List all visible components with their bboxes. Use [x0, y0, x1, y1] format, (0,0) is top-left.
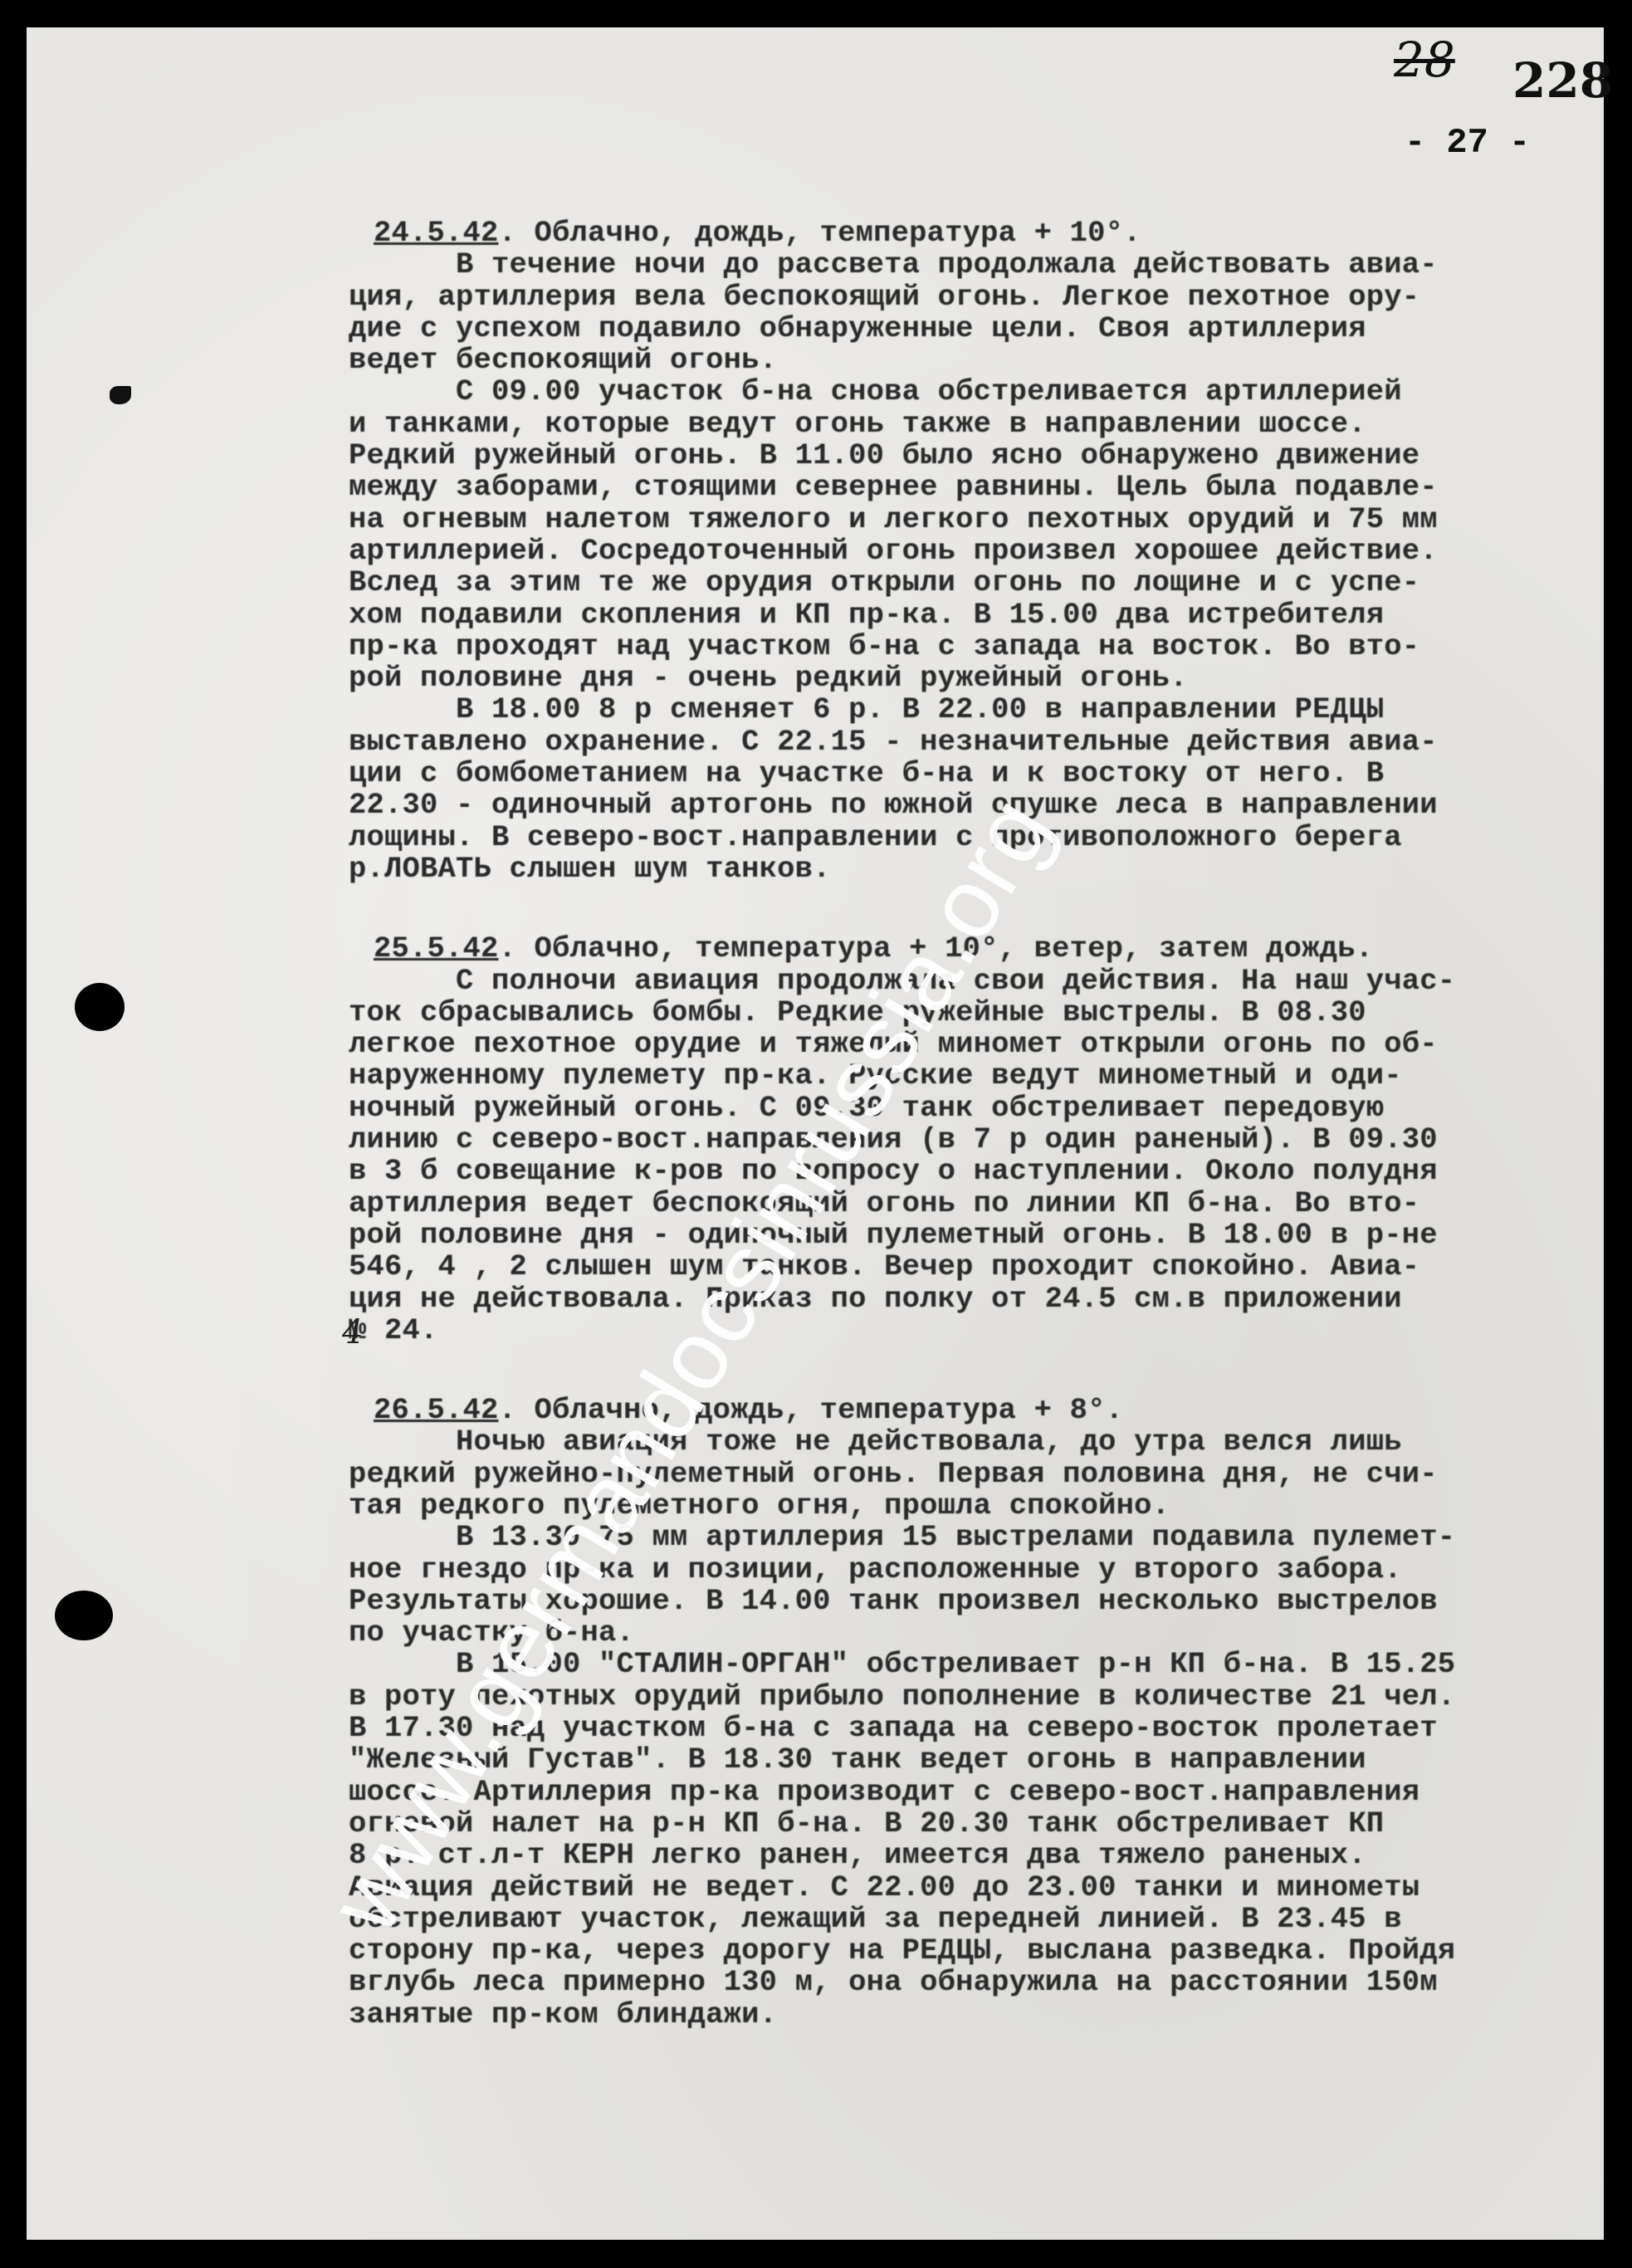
text-line: хом подавили скопления и КП пр-ка. В 15.…	[349, 599, 1602, 631]
text-line: С 09.00 участок б-на снова обстреливаетс…	[349, 376, 1602, 408]
archive-page-number-struck: 28	[1394, 32, 1455, 88]
text-line: на огневым налетом тяжелого и легкого пе…	[349, 504, 1602, 535]
entry-date: 24.5.42	[374, 216, 499, 250]
text-line: сторону пр-ка, через дорогу на РЕДЦЫ, вы…	[349, 1935, 1602, 1967]
archive-page-number: 228	[1512, 52, 1613, 109]
text-line: ция, артиллерия вела беспокоящий огонь. …	[349, 281, 1602, 313]
text-line: ция не действовала. Приказ по полку от 2…	[349, 1283, 1602, 1315]
text-line: № 24.	[349, 1315, 1602, 1347]
text-line: "Железный Густав". В 18.30 танк ведет ог…	[349, 1744, 1602, 1776]
handwritten-margin-mark: 4	[342, 1313, 363, 1352]
text-line: легкое пехотное орудие и тяжелый миномет…	[349, 1029, 1602, 1060]
text-line: линию с северо-вост.направления (в 7 р о…	[349, 1124, 1602, 1156]
text-line: В течение ночи до рассвета продолжала де…	[349, 249, 1602, 281]
entry-weather: . Облачно, дождь, температура + 10°.	[499, 216, 1141, 250]
text-line: Вслед за этим те же орудия открыли огонь…	[349, 567, 1602, 599]
war-diary-text: 24.5.42. Облачно, дождь, температура + 1…	[349, 218, 1602, 2079]
text-line: артиллерия ведет беспокоящий огонь по ли…	[349, 1188, 1602, 1220]
text-line: 8 р. ст.л-т КЕРН легко ранен, имеется дв…	[349, 1840, 1602, 1871]
text-line: Редкий ружейный огонь. В 11.00 было ясно…	[349, 440, 1602, 472]
text-line: ведет беспокоящий огонь.	[349, 345, 1602, 376]
text-line: и танками, которые ведут огонь также в н…	[349, 408, 1602, 440]
entry-heading: 26.5.42. Облачно, дождь, температура + 8…	[349, 1395, 1602, 1426]
text-line: редкий ружейно-пулеметный огонь. Первая …	[349, 1459, 1602, 1490]
typed-page-number: - 27 -	[1405, 123, 1530, 163]
text-line: артиллерией. Сосредоточенный огонь произ…	[349, 535, 1602, 567]
text-line: Ночью авиация тоже не действовала, до ут…	[349, 1426, 1602, 1458]
text-line: дие с успехом подавило обнаруженные цели…	[349, 313, 1602, 345]
text-line: занятые пр-ком блиндажи.	[349, 1999, 1602, 2031]
text-line: 546, 4 , 2 слышен шум танков. Вечер прох…	[349, 1251, 1602, 1283]
text-line: В 18.00 8 р сменяет 6 р. В 22.00 в напра…	[349, 694, 1602, 726]
text-line: в 3 б совещание к-ров по вопросу о насту…	[349, 1156, 1602, 1187]
punch-hole	[75, 983, 125, 1031]
text-line: наруженному пулемету пр-ка. Русские веду…	[349, 1060, 1602, 1092]
text-line: рой половине дня - одиночный пулеметный …	[349, 1220, 1602, 1251]
text-line: огневой налет на р-н КП б-на. В 20.30 та…	[349, 1808, 1602, 1840]
text-line: обстреливают участок, лежащий за передне…	[349, 1904, 1602, 1935]
text-line: ток сбрасывались бомбы. Редкие ружейные …	[349, 997, 1602, 1029]
entry-body: С полночи авиация продолжала свои действ…	[349, 965, 1602, 1347]
text-line: шоссе. Артиллерия пр-ка производит с сев…	[349, 1777, 1602, 1808]
text-line: пр-ка проходят над участком б-на с запад…	[349, 631, 1602, 662]
text-line: вглубь леса примерно 130 м, она обнаружи…	[349, 1967, 1602, 1998]
entry-date: 26.5.42	[374, 1393, 499, 1427]
text-line: выставлено охранение. С 22.15 - незначит…	[349, 726, 1602, 758]
text-line: Авиация действий не ведет. С 22.00 до 23…	[349, 1872, 1602, 1904]
entry-date: 25.5.42	[374, 931, 499, 965]
punch-hole	[55, 1591, 113, 1640]
entry-heading: 24.5.42. Облачно, дождь, температура + 1…	[349, 218, 1602, 249]
text-line: между заборами, стоящими севернее равнин…	[349, 472, 1602, 503]
text-line: рой половине дня - очень редкий ружейный…	[349, 662, 1602, 694]
punch-hole-torn	[110, 386, 131, 404]
text-line: ночный ружейный огонь. С 09.30 танк обст…	[349, 1092, 1602, 1124]
